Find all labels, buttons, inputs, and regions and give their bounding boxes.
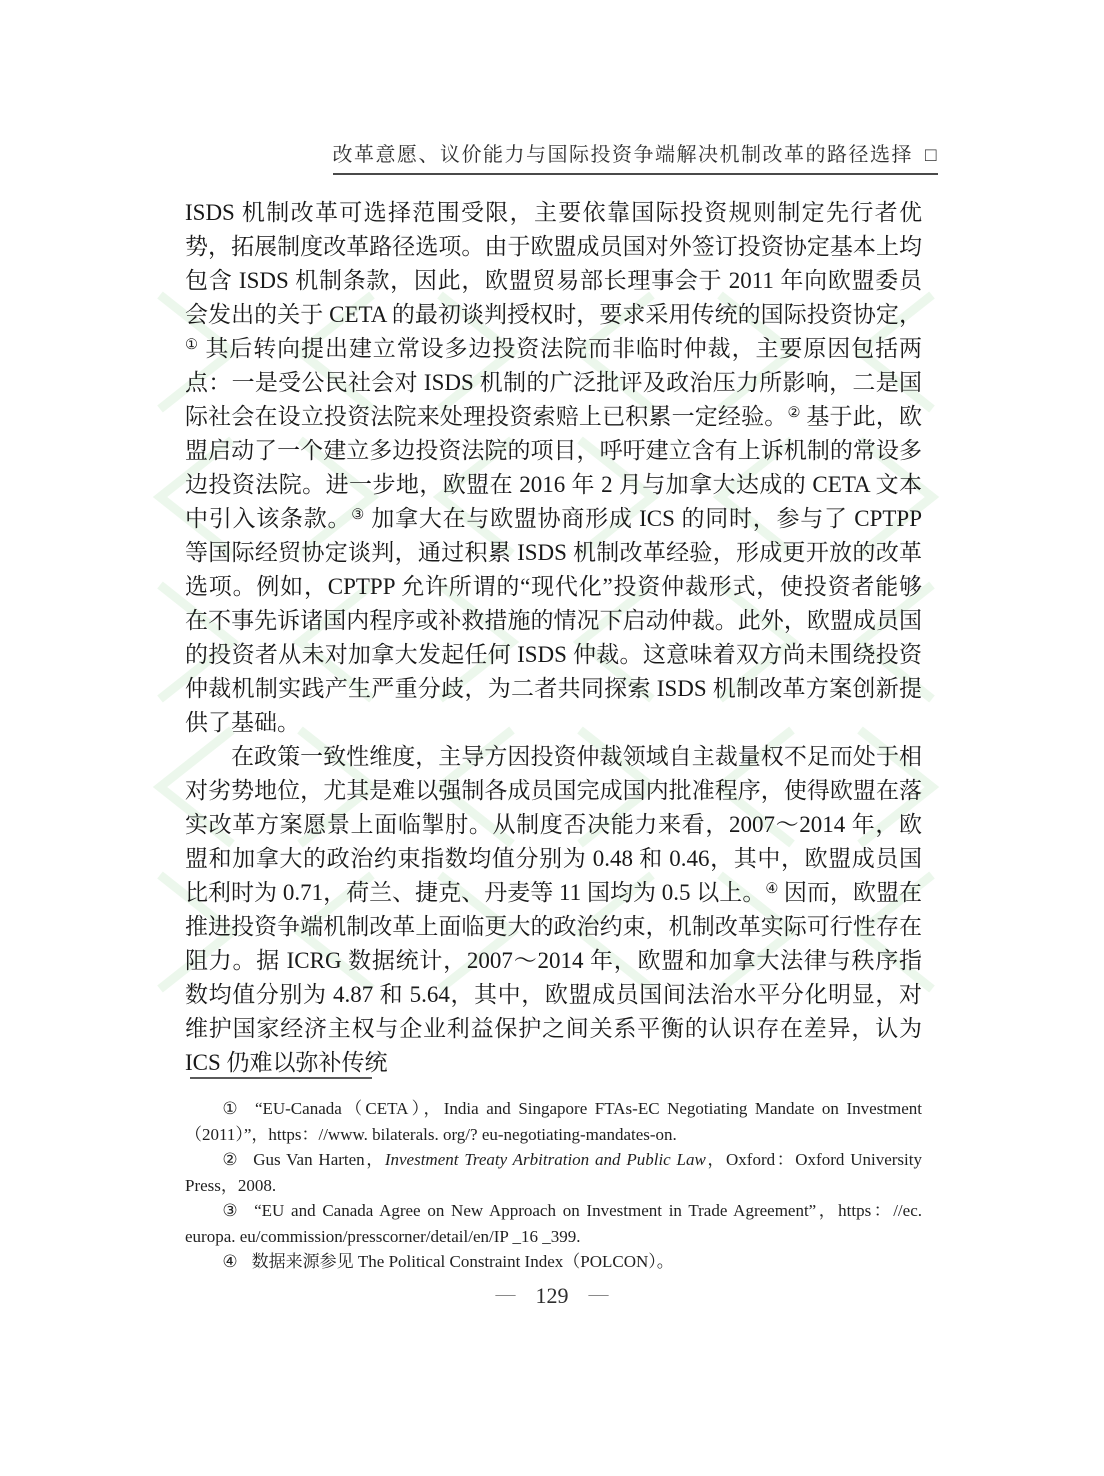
page-number-dash-left: — <box>496 1283 516 1305</box>
footnote-marker: ③ <box>222 1201 240 1220</box>
footnote-item: ④数据来源参见 The Political Constraint Index（P… <box>185 1249 922 1275</box>
footnote-ref: ① <box>185 337 199 353</box>
footnote-marker: ① <box>222 1099 241 1118</box>
running-header-title: 改革意愿、议价能力与国际投资争端解决机制改革的路径选择 <box>333 144 914 166</box>
body-text: ISDS 机制改革可选择范围受限，主要依靠国际投资规则制定先行者优势，拓展制度改… <box>185 196 922 1080</box>
page-number-value: 129 <box>536 1283 569 1308</box>
footnote-marker: ② <box>222 1150 239 1169</box>
footnote-ref: ④ <box>765 881 778 897</box>
body-paragraph: ISDS 机制改革可选择范围受限，主要依靠国际投资规则制定先行者优势，拓展制度改… <box>185 196 922 740</box>
footnote-ref: ② <box>787 405 800 421</box>
text-run: ISDS 机制改革可选择范围受限，主要依靠国际投资规则制定先行者优势，拓展制度改… <box>185 200 922 327</box>
text-run: 加拿大在与欧盟协商形成 ICS 的同时，参与了 CPTPP 等国际经贸协定谈判，… <box>185 506 922 735</box>
footnotes: ①“EU-Canada（CETA），India and Singapore FT… <box>185 1096 922 1275</box>
footnote-divider <box>190 1077 372 1079</box>
text-run: “EU-Canada（CETA），India and Singapore FTA… <box>185 1099 922 1144</box>
text-run: “EU and Canada Agree on New Approach on … <box>185 1201 922 1246</box>
page-number: —129— <box>0 1283 1104 1309</box>
text-run: 数据来源参见 The Political Constraint Index（PO… <box>252 1252 674 1271</box>
footnote-marker: ④ <box>222 1252 237 1271</box>
text-run: 因而，欧盟在推进投资争端机制改革上面临更大的政治约束，机制改革实际可行性存在阻力… <box>185 880 922 1075</box>
page-number-dash-right: — <box>589 1283 609 1305</box>
running-header: 改革意愿、议价能力与国际投资争端解决机制改革的路径选择□ <box>333 138 938 175</box>
italic-title: Investment Treaty Arbitration and Public… <box>385 1150 706 1169</box>
body-paragraph: 在政策一致性维度，主导方因投资仲裁领域自主裁量权不足而处于相对劣势地位，尤其是难… <box>185 740 922 1080</box>
document-page: 改革意愿、议价能力与国际投资争端解决机制改革的路径选择□ ISDS 机制改革可选… <box>0 0 1104 1476</box>
text-run: Gus Van Harten， <box>253 1150 385 1169</box>
footnote-item: ①“EU-Canada（CETA），India and Singapore FT… <box>185 1096 922 1147</box>
footnote-ref: ③ <box>351 507 365 523</box>
footnote-item: ③“EU and Canada Agree on New Approach on… <box>185 1198 922 1249</box>
header-box-icon: □ <box>925 145 938 167</box>
footnote-item: ②Gus Van Harten，Investment Treaty Arbitr… <box>185 1147 922 1198</box>
